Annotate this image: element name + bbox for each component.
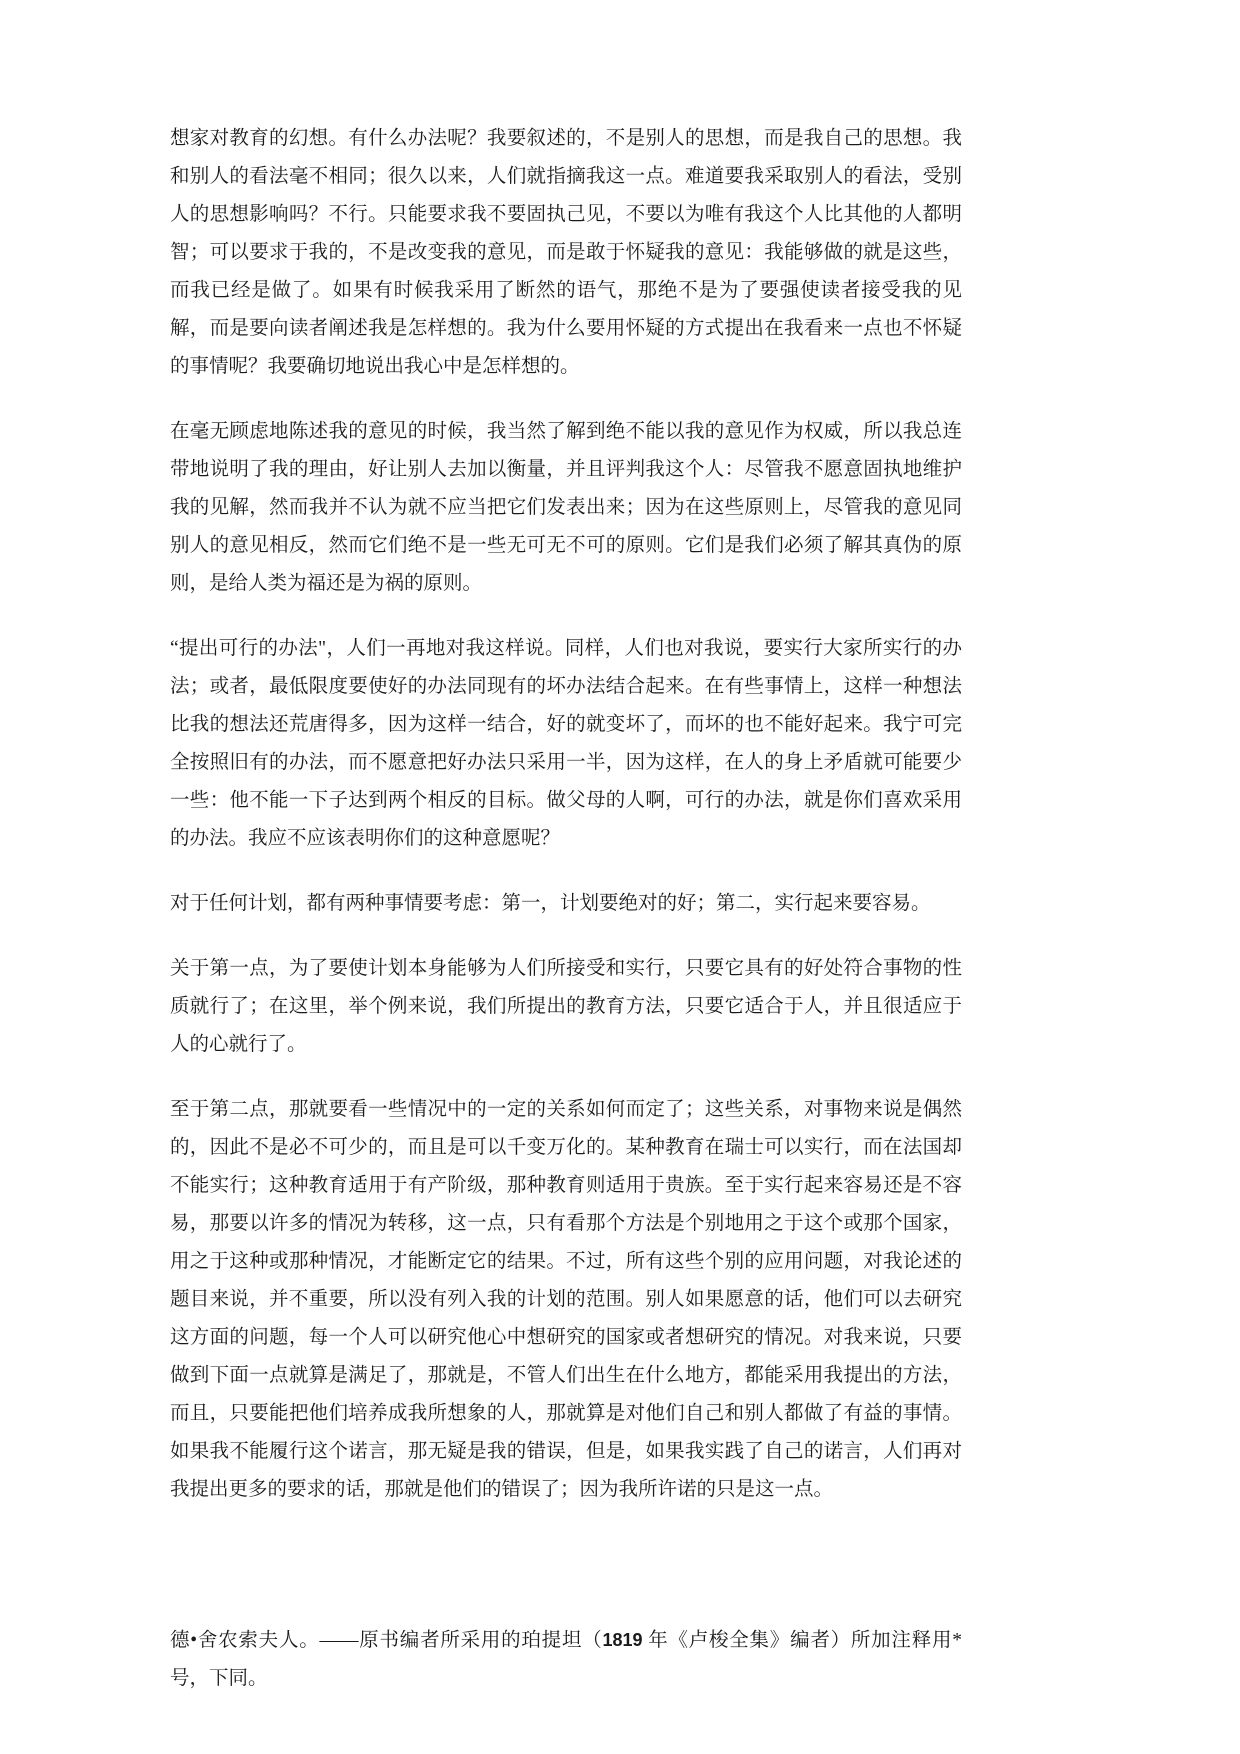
footnote-text-before-year: 德•舍农索夫人。——原书编者所采用的珀提坦（: [170, 1630, 603, 1651]
paragraph-4: 对于任何计划，都有两种事情要考虑：第一，计划要绝对的好；第二，实行起来要容易。: [170, 885, 962, 923]
paragraph-2: 在毫无顾虑地陈述我的意见的时候，我当然了解到绝不能以我的意见作为权威，所以我总连…: [170, 413, 962, 603]
paragraph-6: 至于第二点，那就要看一些情况中的一定的关系如何而定了；这些关系，对事物来说是偶然…: [170, 1091, 962, 1509]
paragraph-3: “提出可行的办法"，人们一再地对我这样说。同样，人们也对我说，要实行大家所实行的…: [170, 630, 962, 858]
footnote: 德•舍农索夫人。——原书编者所采用的珀提坦（1819 年《卢梭全集》编者）所加注…: [170, 1621, 962, 1698]
footnote-year: 1819: [603, 1630, 643, 1650]
paragraph-5: 关于第一点，为了要使计划本身能够为人们所接受和实行，只要它具有的好处符合事物的性…: [170, 950, 962, 1064]
document-page: 想家对教育的幻想。有什么办法呢？我要叙述的，不是别人的思想，而是我自己的思想。我…: [0, 0, 1240, 1754]
paragraph-1: 想家对教育的幻想。有什么办法呢？我要叙述的，不是别人的思想，而是我自己的思想。我…: [170, 120, 962, 386]
text-block: 想家对教育的幻想。有什么办法呢？我要叙述的，不是别人的思想，而是我自己的思想。我…: [170, 120, 962, 1698]
